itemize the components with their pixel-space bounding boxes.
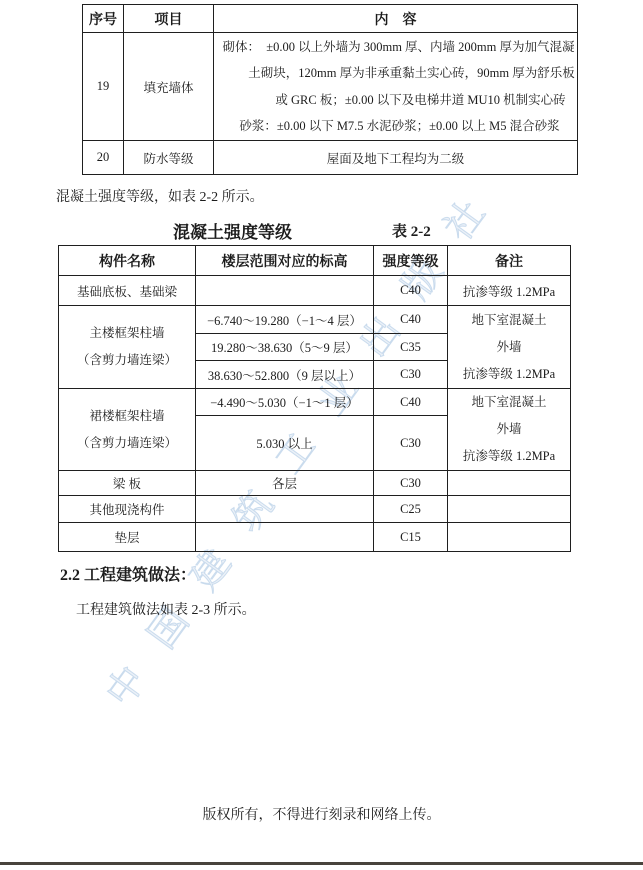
main-tower-grade-2: C35: [374, 334, 448, 361]
main-tower-elev-1: −6.740～19.280（−1～4 层）: [196, 306, 374, 334]
podium-name: 裙楼框架柱墙 （含剪力墙连梁）: [59, 389, 196, 471]
other-cast-elev: [196, 496, 374, 523]
cushion-grade: C15: [374, 523, 448, 552]
foundation-elev: [196, 276, 374, 306]
strength-header-row: 构件名称 楼层范围对应的标高 强度等级 备注: [59, 246, 571, 276]
row-cushion: 垫层 C15: [59, 523, 571, 552]
row-main-tower-1: 主楼框架柱墙 （含剪力墙连梁） −6.740～19.280（−1～4 层） C4…: [59, 306, 571, 334]
col-remark: 备注: [448, 246, 571, 276]
strength-table: 构件名称 楼层范围对应的标高 强度等级 备注 基础底板、基础梁 C40 抗渗等级…: [58, 245, 571, 552]
spec-row-19: 19 填充墙体 砌体： ±0.00 以上外墙为 300mm 厚、内墙 200mm…: [83, 33, 578, 141]
main-tower-grade-3: C30: [374, 361, 448, 389]
row-other-cast: 其他现浇构件 C25: [59, 496, 571, 523]
podium-elev-2: 5.030 以上: [196, 416, 374, 471]
col-component-name: 构件名称: [59, 246, 196, 276]
main-tower-name: 主楼框架柱墙 （含剪力墙连梁）: [59, 306, 196, 389]
masonry-line-3: 或 GRC 板；±0.00 以下及电梯井道 MU10 机制实心砖: [214, 87, 577, 114]
intro-paragraph: 混凝土强度等级，如表 2-2 所示。: [56, 186, 264, 206]
masonry-line-2: 土砌块，120mm 厚为非承重黏土实心砖，90mm 厚为舒乐板: [214, 60, 577, 87]
col-elevation-range: 楼层范围对应的标高: [196, 246, 374, 276]
strength-table-number: 表 2-2: [392, 220, 431, 241]
spec-row-20-no: 20: [83, 141, 124, 175]
podium-grade-2: C30: [374, 416, 448, 471]
main-tower-elev-3: 38.630～52.800（9 层以上）: [196, 361, 374, 389]
other-cast-grade: C25: [374, 496, 448, 523]
spec-col-no: 序号: [83, 5, 124, 33]
podium-remark: 地下室混凝土 外墙 抗渗等级 1.2MPa: [448, 389, 571, 471]
main-tower-grade-1: C40: [374, 306, 448, 334]
spec-table-header-row: 序号 项目 内 容: [83, 5, 578, 33]
cushion-name: 垫层: [59, 523, 196, 552]
beam-slab-elev: 各层: [196, 471, 374, 496]
podium-grade-1: C40: [374, 389, 448, 416]
spec-col-content: 内 容: [214, 5, 578, 33]
beam-slab-remark: [448, 471, 571, 496]
foundation-name: 基础底板、基础梁: [59, 276, 196, 306]
main-tower-remark: 地下室混凝土 外墙 抗渗等级 1.2MPa: [448, 306, 571, 389]
strength-table-caption: 混凝土强度等级 表 2-2: [0, 218, 643, 238]
cushion-remark: [448, 523, 571, 552]
foundation-grade: C40: [374, 276, 448, 306]
section-2-2-heading: 2.2 工程建筑做法：: [60, 562, 196, 585]
strength-table-title: 混凝土强度等级: [173, 218, 292, 243]
copyright-notice: 版权所有，不得进行刻录和网络上传。: [0, 804, 643, 824]
spec-table: 序号 项目 内 容 19 填充墙体 砌体： ±0.00 以上外墙为 300mm …: [82, 4, 578, 175]
mortar-line: 砂浆：±0.00 以下 M7.5 水泥砂浆；±0.00 以上 M5 混合砂浆: [214, 113, 577, 140]
other-cast-remark: [448, 496, 571, 523]
row-beam-slab: 梁 板 各层 C30: [59, 471, 571, 496]
spec-row-20-item: 防水等级: [124, 141, 214, 175]
beam-slab-grade: C30: [374, 471, 448, 496]
document-page: { "colors": { "border": "#1f1f1f", "bott…: [0, 0, 643, 870]
spec-row-19-content: 砌体： ±0.00 以上外墙为 300mm 厚、内墙 200mm 厚为加气混凝 …: [214, 33, 578, 141]
beam-slab-name: 梁 板: [59, 471, 196, 496]
main-tower-elev-2: 19.280～38.630（5～9 层）: [196, 334, 374, 361]
row-podium-1: 裙楼框架柱墙 （含剪力墙连梁） −4.490～5.030（−1～1 层） C40…: [59, 389, 571, 416]
spec-row-19-no: 19: [83, 33, 124, 141]
cushion-elev: [196, 523, 374, 552]
other-cast-name: 其他现浇构件: [59, 496, 196, 523]
podium-elev-1: −4.490～5.030（−1～1 层）: [196, 389, 374, 416]
row-foundation: 基础底板、基础梁 C40 抗渗等级 1.2MPa: [59, 276, 571, 306]
spec-col-item: 项目: [124, 5, 214, 33]
spec-row-20: 20 防水等级 屋面及地下工程均为二级: [83, 141, 578, 175]
section-2-2-body: 工程建筑做法如表 2-3 所示。: [76, 599, 256, 619]
spec-row-20-content: 屋面及地下工程均为二级: [214, 141, 578, 175]
spec-row-19-item: 填充墙体: [124, 33, 214, 141]
col-strength-grade: 强度等级: [374, 246, 448, 276]
masonry-line-1: 砌体： ±0.00 以上外墙为 300mm 厚、内墙 200mm 厚为加气混凝: [214, 34, 577, 61]
page-bottom-rule: [0, 862, 643, 865]
foundation-remark: 抗渗等级 1.2MPa: [448, 276, 571, 306]
